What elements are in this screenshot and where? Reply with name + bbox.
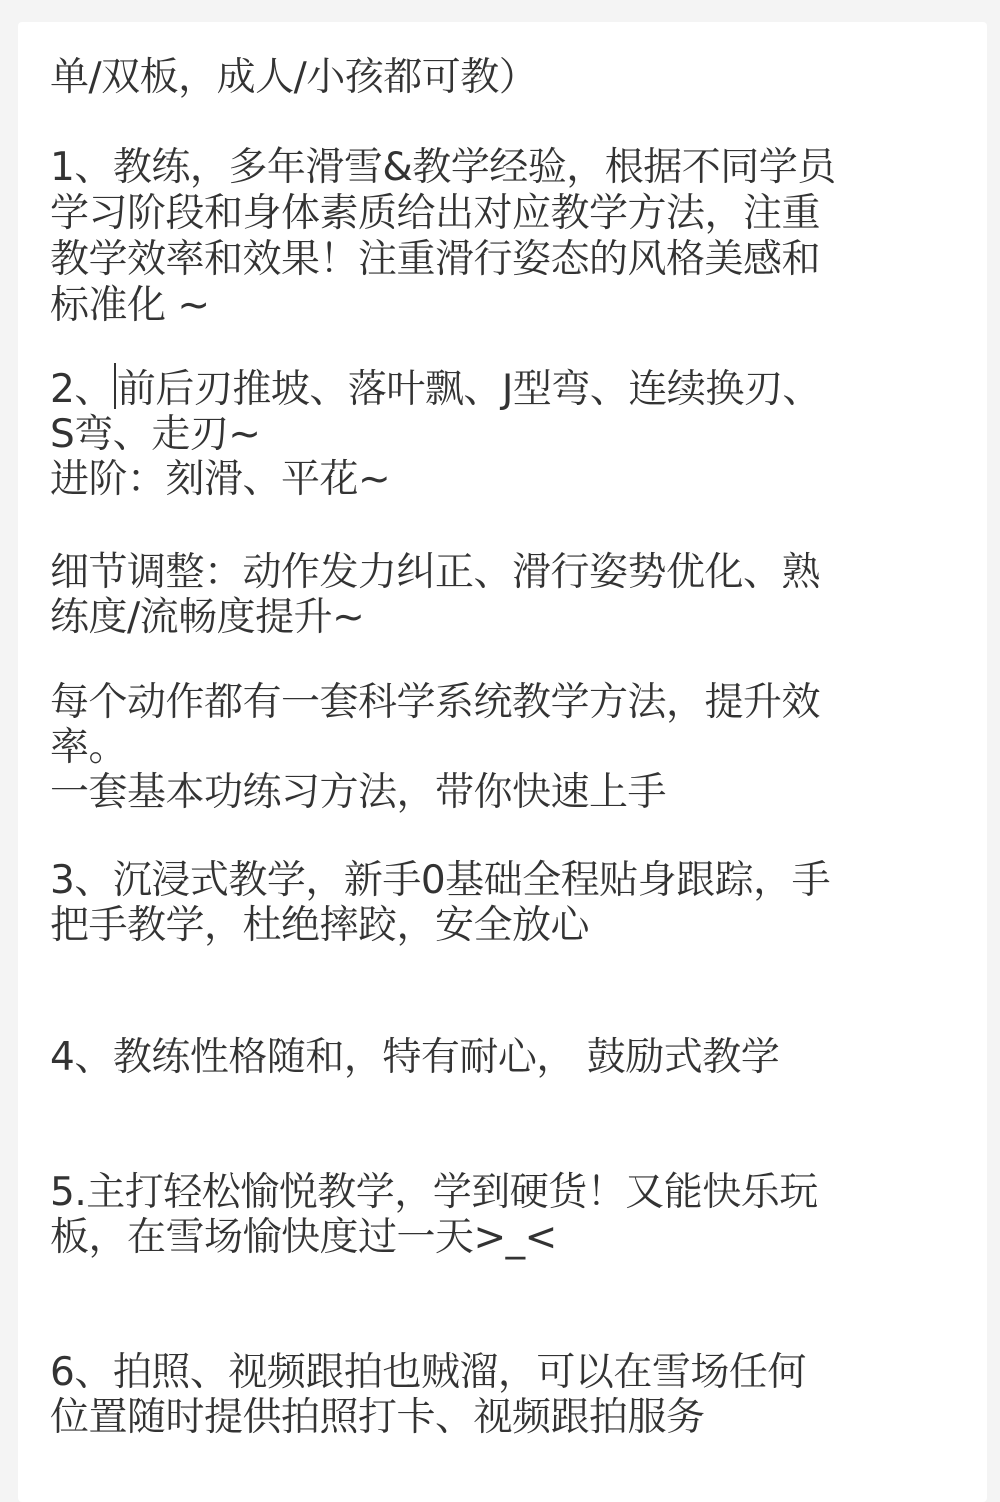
text-line-5a: 5.主打轻松愉悦教学，学到硬货！又能快乐玩 (50, 1170, 818, 1216)
text-cursor (114, 363, 116, 409)
text-line-1d: 标准化 ~ (50, 283, 210, 329)
text-line-2b: S弯、走刃~ (50, 412, 260, 458)
text-line-6b: 位置随时提供拍照打卡、视频跟拍服务 (50, 1395, 705, 1441)
text-line-1a: 1、教练，多年滑雪&教学经验，根据不同学员 (50, 145, 836, 191)
text-line-4: 4、教练性格随和，特有耐心， 鼓励式教学 (50, 1035, 779, 1081)
text-line-2c: 进阶：刻滑、平花~ (50, 457, 390, 503)
text-line-5b: 板，在雪场愉快度过一天>_< (50, 1215, 557, 1261)
text-line-method-b: 率。 (50, 725, 127, 771)
text-line-1c: 教学效率和效果！注重滑行姿态的风格美感和 (50, 237, 820, 283)
item-2-prefix: 2、 (50, 367, 113, 412)
text-line-method-a: 每个动作都有一套科学系统教学方法，提升效 (50, 680, 820, 726)
text-line-3a: 3、沉浸式教学，新手0基础全程贴身跟踪，手 (50, 858, 830, 904)
text-line-3b: 把手教学，杜绝摔跤，安全放心 (50, 903, 589, 949)
text-line-intro: 单/双板，成人/小孩都可教） (50, 55, 537, 101)
text-line-detail-b: 练度/流畅度提升~ (50, 595, 364, 641)
text-line-method-c: 一套基本功练习方法，带你快速上手 (50, 770, 666, 816)
text-line-2a: 2、前后刃推坡、落叶飘、J型弯、连续换刃、 (50, 367, 821, 413)
text-line-1b: 学习阶段和身体素质给出对应教学方法，注重 (50, 191, 820, 237)
item-2-text: 前后刃推坡、落叶飘、J型弯、连续换刃、 (117, 367, 821, 412)
text-line-detail-a: 细节调整：动作发力纠正、滑行姿势优化、熟 (50, 550, 820, 596)
text-line-6a: 6、拍照、视频跟拍也贼溜，可以在雪场任何 (50, 1350, 806, 1396)
